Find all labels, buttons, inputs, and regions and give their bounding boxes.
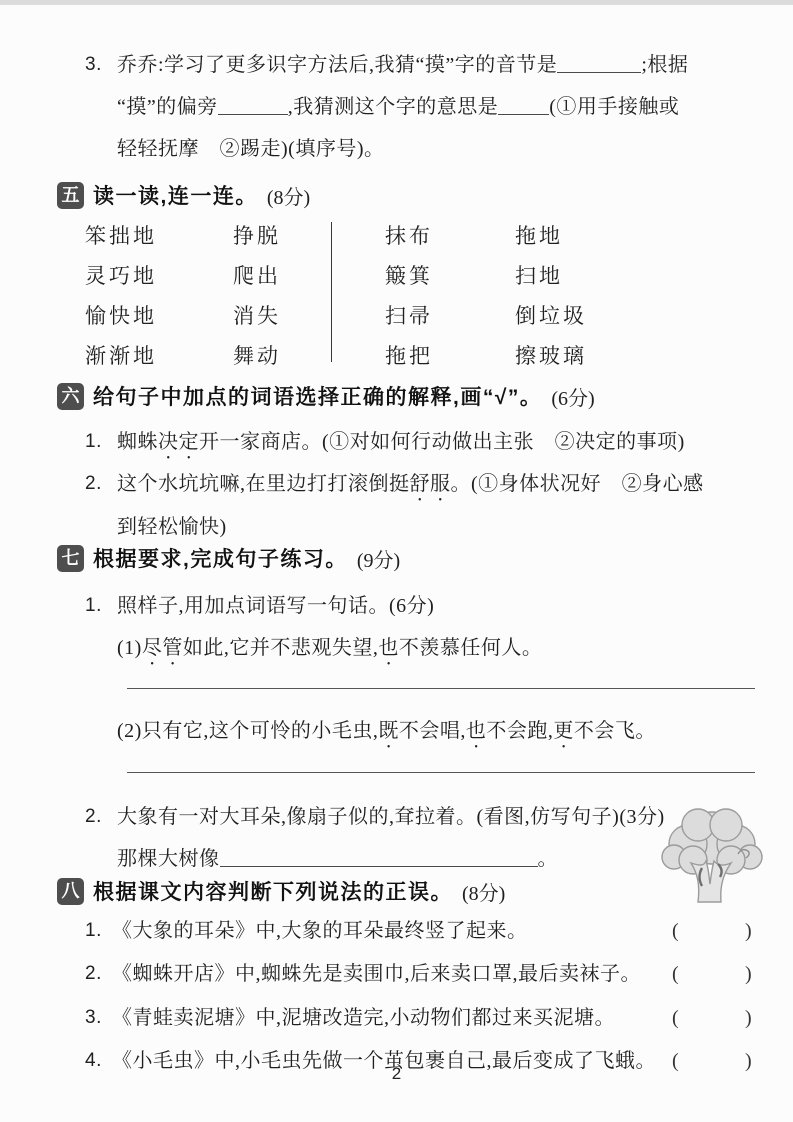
section-6-title: 给句子中加点的词语选择正确的解释,画“√”。 xyxy=(93,381,542,411)
sub-item-label: (1) xyxy=(117,637,142,659)
tree-illustration xyxy=(648,804,776,904)
item-number: 2. xyxy=(85,463,102,505)
question-3-number: 3. xyxy=(85,44,102,86)
answer-rule-line xyxy=(127,688,755,689)
emphasized-word: 舒服 xyxy=(410,473,451,495)
section-7-badge: 七 xyxy=(57,545,84,572)
answer-rule-line xyxy=(127,772,755,773)
page-top-edge xyxy=(0,0,793,5)
question-3: 3. 乔乔:学习了更多识字方法后,我猜“摸”字的音节是;根据 “摸”的偏旁,我猜… xyxy=(85,44,775,170)
page-number: 2 xyxy=(0,1064,793,1084)
match-item: 抹布 xyxy=(385,216,433,256)
emphasized-word: 既 xyxy=(378,720,399,742)
match-item: 舞动 xyxy=(233,336,281,376)
section-7-sub-2: (2)只有它,这个可怜的小毛虫,既不会唱,也不会跑,更不会飞。 xyxy=(117,710,656,753)
answer-paren-close: ) xyxy=(745,953,752,995)
section-6-badge: 六 xyxy=(57,383,84,410)
item-number: 1. xyxy=(85,585,102,627)
section-8-badge: 八 xyxy=(57,878,84,905)
section-7-points: (9分) xyxy=(357,544,400,573)
section-7-item-1: 1. 照样子,用加点词语写一句话。(6分) xyxy=(85,585,775,627)
match-item: 擦玻璃 xyxy=(515,336,587,376)
emphasized-word: 也 xyxy=(378,637,399,659)
section-6-header: 六 给句子中加点的词语选择正确的解释,画“√”。 (6分) xyxy=(57,381,595,411)
match-item: 倒垃圾 xyxy=(515,296,587,336)
answer-paren-close: ) xyxy=(745,910,752,952)
match-item: 爬出 xyxy=(233,256,281,296)
match-item: 愉快地 xyxy=(85,296,157,336)
section-7-header: 七 根据要求,完成句子练习。 (9分) xyxy=(57,543,400,573)
match-item: 扫地 xyxy=(515,256,587,296)
fill-blank xyxy=(498,95,549,115)
answer-paren-close: ) xyxy=(745,997,752,1039)
fill-blank xyxy=(220,847,538,867)
section-8-title: 根据课文内容判断下列说法的正误。 xyxy=(93,876,453,906)
section-5-title: 读一读,连一连。 xyxy=(93,180,258,210)
tree-trunk xyxy=(691,861,731,902)
item-number: 1. xyxy=(85,421,102,463)
answer-paren-open: ( xyxy=(672,910,679,952)
section-8-header: 八 根据课文内容判断下列说法的正误。 (8分) xyxy=(57,876,505,906)
section-6-points: (6分) xyxy=(551,382,594,411)
item-number: 1. xyxy=(85,910,102,952)
match-column-chores: 拖地 扫地 倒垃圾 擦玻璃 xyxy=(515,216,587,376)
answer-paren-open: ( xyxy=(672,997,679,1039)
match-item: 渐渐地 xyxy=(85,336,157,376)
fill-blank xyxy=(218,95,288,115)
match-item: 簸箕 xyxy=(385,256,433,296)
match-column-adverbs: 笨拙地 灵巧地 愉快地 渐渐地 xyxy=(85,216,157,376)
match-item: 消失 xyxy=(233,296,281,336)
tf-row-3: 3. 《青蛙卖泥塘》中,泥塘改造完,小动物们都过来买泥塘。 ( ) xyxy=(85,997,761,1039)
match-column-tools: 抹布 簸箕 扫帚 拖把 xyxy=(385,216,433,376)
tf-row-2: 2. 《蜘蛛开店》中,蜘蛛先是卖围巾,后来卖口罩,最后卖袜子。 ( ) xyxy=(85,953,761,995)
section-5-points: (8分) xyxy=(267,181,310,210)
tf-row-1: 1. 《大象的耳朵》中,大象的耳朵最终竖了起来。 ( ) xyxy=(85,910,761,952)
match-item: 挣脱 xyxy=(233,216,281,256)
match-item: 灵巧地 xyxy=(85,256,157,296)
item-number: 2. xyxy=(85,796,102,838)
item-number: 3. xyxy=(85,997,102,1039)
sub-item-label: (2) xyxy=(117,720,142,742)
fill-blank xyxy=(557,53,641,73)
section-8-points: (8分) xyxy=(462,877,505,906)
section-7-item-2-answer: 那棵大树像。 xyxy=(117,838,558,880)
match-divider-line xyxy=(331,222,332,362)
section-5-header: 五 读一读,连一连。 (8分) xyxy=(57,180,310,210)
emphasized-word: 决定 xyxy=(158,431,199,453)
answer-paren-open: ( xyxy=(672,953,679,995)
emphasized-word: 也 xyxy=(466,720,487,742)
section-6-item-1: 1. 蜘蛛决定开一家商店。(①对如何行动做出主张 ②决定的事项) xyxy=(85,421,775,464)
question-3-line3: 轻轻抚摩 ②踢走)(填序号)。 xyxy=(117,128,775,170)
question-3-line1: 乔乔:学习了更多识字方法后,我猜“摸”字的音节是;根据 xyxy=(117,44,775,86)
section-6-item-2: 2. 这个水坑坑嘛,在里边打打滚倒挺舒服。(①身体状况好 ②身心感 到轻松愉快) xyxy=(85,463,775,548)
match-item: 拖地 xyxy=(515,216,587,256)
section-7-sub-1: (1)尽管如此,它并不悲观失望,也不羡慕任何人。 xyxy=(117,627,542,670)
section-7-title: 根据要求,完成句子练习。 xyxy=(93,543,348,573)
match-item: 拖把 xyxy=(385,336,433,376)
emphasized-word: 尽管 xyxy=(142,637,183,659)
worksheet-page: 3. 乔乔:学习了更多识字方法后,我猜“摸”字的音节是;根据 “摸”的偏旁,我猜… xyxy=(0,0,793,1122)
section-5-badge: 五 xyxy=(57,182,84,209)
question-3-line2: “摸”的偏旁,我猜测这个字的意思是(①用手接触或 xyxy=(117,86,775,128)
match-item: 笨拙地 xyxy=(85,216,157,256)
emphasized-word: 更 xyxy=(553,720,574,742)
match-item: 扫帚 xyxy=(385,296,433,336)
item-number: 2. xyxy=(85,953,102,995)
match-column-verbs: 挣脱 爬出 消失 舞动 xyxy=(233,216,281,376)
